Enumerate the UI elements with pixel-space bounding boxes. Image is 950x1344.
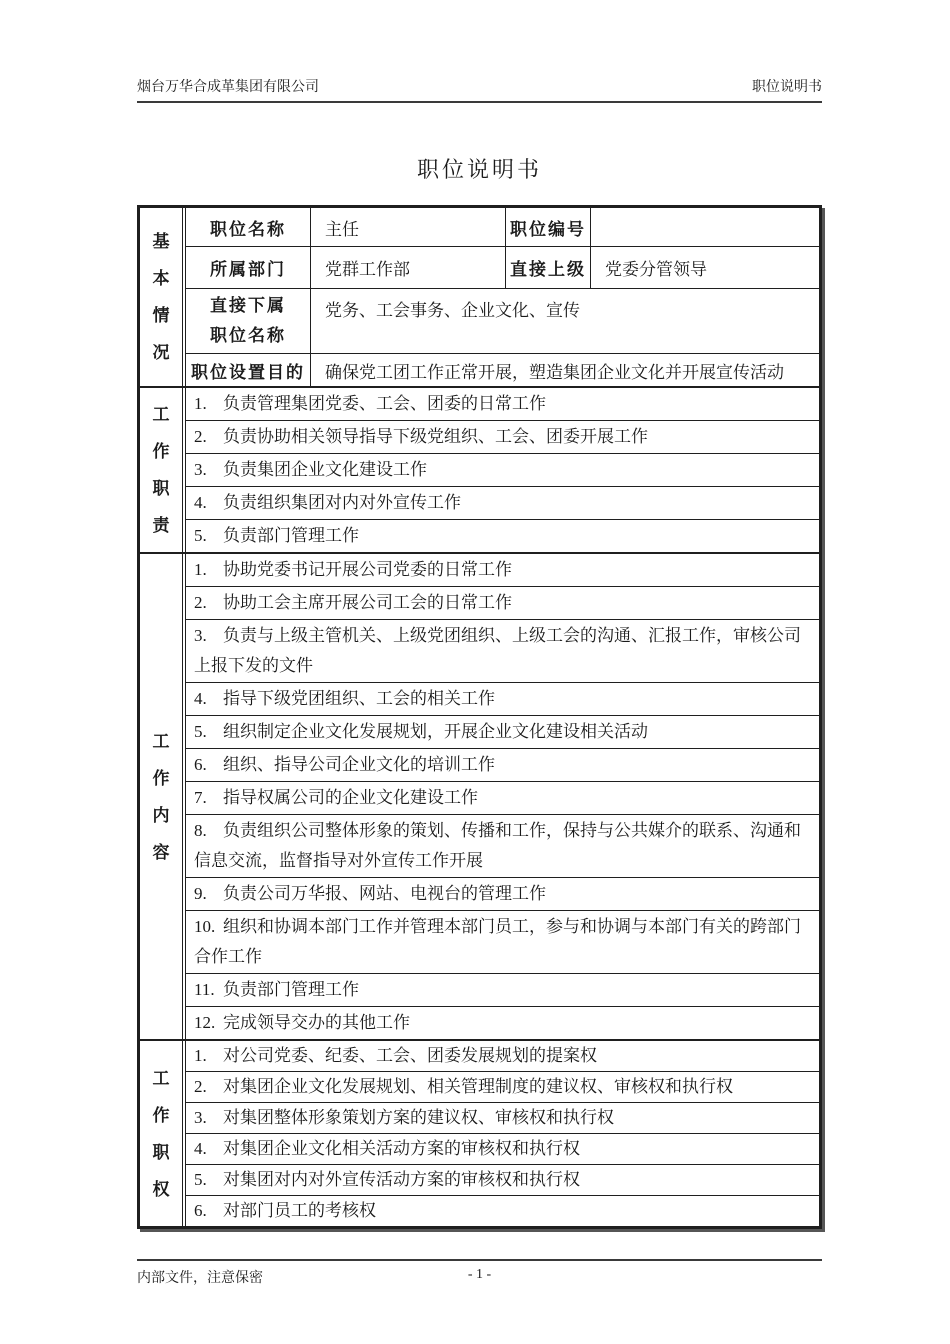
- item-number: 12.: [194, 1008, 223, 1038]
- field-label-department: 所属部门: [186, 247, 311, 288]
- section-label-char: 作: [153, 760, 170, 797]
- item-text: 对集团企业文化相关活动方案的审核权和执行权: [223, 1139, 580, 1158]
- field-value-position-name: 主任: [311, 208, 506, 246]
- field-label-direct-subordinates: 直接下属 职位名称: [186, 289, 311, 353]
- item-number: 2.: [194, 1073, 223, 1101]
- section-label-char: 内: [153, 797, 170, 834]
- section-body-authority: 1.对公司党委、纪委、工会、团委发展规划的提案权2.对集团企业文化发展规划、相关…: [185, 1041, 819, 1226]
- section-label-char: 责: [153, 507, 170, 544]
- section-label-char: 容: [153, 834, 170, 871]
- item-text: 组织、指导公司企业文化的培训工作: [223, 755, 495, 774]
- item-number: 7.: [194, 783, 223, 813]
- item-number: 4.: [194, 684, 223, 714]
- field-value-direct-superior: 党委分管领导: [591, 247, 819, 288]
- item-number: 1.: [194, 555, 223, 585]
- section-authority: 工作职权 1.对公司党委、纪委、工会、团委发展规划的提案权2.对集团企业文化发展…: [140, 1041, 819, 1226]
- section-label-authority: 工作职权: [140, 1041, 183, 1226]
- item-text: 负责协助相关领导指导下级党组织、工会、团委开展工作: [223, 427, 648, 446]
- section-body-basic-info: 职位名称 主任 职位编号 所属部门 党群工作部 直接上级 党委分管领导 直接下属…: [185, 208, 819, 386]
- field-value-direct-subordinates: 党务、工会事务、企业文化、宣传: [311, 289, 819, 353]
- field-label-position-name: 职位名称: [186, 208, 311, 246]
- section-label-char: 本: [153, 260, 170, 297]
- item-number: 5.: [194, 717, 223, 747]
- item-number: 1.: [194, 389, 223, 419]
- field-label-position-purpose: 职位设置目的: [186, 354, 311, 386]
- field-label-line1: 直接下属: [210, 291, 286, 321]
- item-text: 负责部门管理工作: [223, 526, 359, 545]
- table-row: 职位名称 主任 职位编号: [186, 208, 819, 247]
- list-item: 4.负责组织集团对内对外宣传工作: [186, 487, 819, 520]
- item-number: 11.: [194, 975, 223, 1005]
- list-item: 6.对部门员工的考核权: [186, 1196, 819, 1226]
- list-item: 3.负责与上级主管机关、上级党团组织、上级工会的沟通、汇报工作，审核公司上报下发…: [186, 620, 819, 683]
- field-value-position-purpose: 确保党工团工作正常开展，塑造集团企业文化并开展宣传活动: [311, 354, 819, 386]
- footer-page-number: - 1 -: [137, 1267, 822, 1283]
- list-item: 12.完成领导交办的其他工作: [186, 1007, 819, 1039]
- list-item: 7.指导权属公司的企业文化建设工作: [186, 782, 819, 815]
- section-label-char: 情: [153, 297, 170, 334]
- item-text: 负责组织集团对内对外宣传工作: [223, 493, 461, 512]
- item-text: 协助工会主席开展公司工会的日常工作: [223, 593, 512, 612]
- item-number: 3.: [194, 455, 223, 485]
- list-item: 11.负责部门管理工作: [186, 974, 819, 1007]
- section-label-char: 工: [153, 396, 170, 433]
- section-body-duties: 1.负责管理集团党委、工会、团委的日常工作2.负责协助相关领导指导下级党组织、工…: [185, 388, 819, 552]
- header-doc-type: 职位说明书: [752, 76, 822, 96]
- document-page: 烟台万华合成革集团有限公司 职位说明书 职位说明书 基本情况 职位名称 主任 职…: [0, 0, 950, 1344]
- field-value-department: 党群工作部: [311, 247, 506, 288]
- section-duties: 工作职责 1.负责管理集团党委、工会、团委的日常工作2.负责协助相关领导指导下级…: [140, 388, 819, 554]
- item-text: 负责集团企业文化建设工作: [223, 460, 427, 479]
- section-label-basic-info: 基本情况: [140, 208, 183, 386]
- item-number: 6.: [194, 750, 223, 780]
- item-text: 对集团企业文化发展规划、相关管理制度的建议权、审核权和执行权: [223, 1077, 733, 1096]
- job-description-table: 基本情况 职位名称 主任 职位编号 所属部门 党群工作部 直接上级 党委分管领导…: [137, 205, 822, 1229]
- list-item: 5.对集团对内对外宣传活动方案的审核权和执行权: [186, 1165, 819, 1196]
- list-item: 3.负责集团企业文化建设工作: [186, 454, 819, 487]
- item-number: 5.: [194, 521, 223, 551]
- item-text: 负责部门管理工作: [223, 980, 359, 999]
- item-number: 3.: [194, 621, 223, 651]
- list-item: 2.对集团企业文化发展规划、相关管理制度的建议权、审核权和执行权: [186, 1072, 819, 1103]
- item-number: 4.: [194, 1135, 223, 1163]
- item-text: 指导权属公司的企业文化建设工作: [223, 788, 478, 807]
- list-item: 8.负责组织公司整体形象的策划、传播和工作，保持与公共媒介的联系、沟通和信息交流…: [186, 815, 819, 878]
- section-label-char: 工: [153, 1060, 170, 1097]
- field-label-position-code: 职位编号: [506, 208, 591, 246]
- table-row: 直接下属 职位名称 党务、工会事务、企业文化、宣传: [186, 289, 819, 354]
- section-work-content: 工作内容 1.协助党委书记开展公司党委的日常工作2.协助工会主席开展公司工会的日…: [140, 554, 819, 1041]
- item-number: 5.: [194, 1166, 223, 1194]
- section-label-char: 工: [153, 723, 170, 760]
- running-header: 烟台万华合成革集团有限公司 职位说明书: [137, 76, 822, 103]
- field-label-direct-superior: 直接上级: [506, 247, 591, 288]
- list-item: 4.对集团企业文化相关活动方案的审核权和执行权: [186, 1134, 819, 1165]
- item-number: 4.: [194, 488, 223, 518]
- section-label-duties: 工作职责: [140, 388, 183, 552]
- list-item: 9.负责公司万华报、网站、电视台的管理工作: [186, 878, 819, 911]
- item-text: 完成领导交办的其他工作: [223, 1013, 410, 1032]
- item-number: 3.: [194, 1104, 223, 1132]
- section-label-char: 权: [153, 1171, 170, 1208]
- item-number: 1.: [194, 1042, 223, 1070]
- list-item: 5.负责部门管理工作: [186, 520, 819, 552]
- section-body-work-content: 1.协助党委书记开展公司党委的日常工作2.协助工会主席开展公司工会的日常工作3.…: [185, 554, 819, 1039]
- item-text: 负责组织公司整体形象的策划、传播和工作，保持与公共媒介的联系、沟通和信息交流，监…: [194, 821, 801, 870]
- list-item: 1.对公司党委、纪委、工会、团委发展规划的提案权: [186, 1041, 819, 1072]
- list-item: 4.指导下级党团组织、工会的相关工作: [186, 683, 819, 716]
- section-basic-info: 基本情况 职位名称 主任 职位编号 所属部门 党群工作部 直接上级 党委分管领导…: [140, 208, 819, 388]
- document-title: 职位说明书: [137, 153, 822, 184]
- section-label-char: 基: [153, 223, 170, 260]
- item-number: 8.: [194, 816, 223, 846]
- list-item: 5.组织制定企业文化发展规划，开展企业文化建设相关活动: [186, 716, 819, 749]
- item-number: 10.: [194, 912, 223, 942]
- list-item: 6.组织、指导公司企业文化的培训工作: [186, 749, 819, 782]
- list-item: 1.协助党委书记开展公司党委的日常工作: [186, 554, 819, 587]
- item-number: 9.: [194, 879, 223, 909]
- running-footer: 内部文件，注意保密 - 1 -: [137, 1259, 822, 1287]
- section-label-char: 职: [153, 1134, 170, 1171]
- section-label-char: 况: [153, 334, 170, 371]
- item-text: 对部门员工的考核权: [223, 1201, 376, 1220]
- item-text: 协助党委书记开展公司党委的日常工作: [223, 560, 512, 579]
- list-item: 10.组织和协调本部门工作并管理本部门员工，参与和协调与本部门有关的跨部门合作工…: [186, 911, 819, 974]
- item-text: 指导下级党团组织、工会的相关工作: [223, 689, 495, 708]
- item-number: 2.: [194, 588, 223, 618]
- list-item: 1.负责管理集团党委、工会、团委的日常工作: [186, 388, 819, 421]
- section-label-char: 作: [153, 1097, 170, 1134]
- item-text: 组织和协调本部门工作并管理本部门员工，参与和协调与本部门有关的跨部门合作工作: [194, 917, 801, 966]
- item-text: 负责与上级主管机关、上级党团组织、上级工会的沟通、汇报工作，审核公司上报下发的文…: [194, 626, 801, 675]
- item-text: 对公司党委、纪委、工会、团委发展规划的提案权: [223, 1046, 597, 1065]
- table-row: 所属部门 党群工作部 直接上级 党委分管领导: [186, 247, 819, 289]
- section-label-work-content: 工作内容: [140, 554, 183, 1039]
- item-number: 6.: [194, 1197, 223, 1225]
- item-text: 组织制定企业文化发展规划，开展企业文化建设相关活动: [223, 722, 648, 741]
- section-label-char: 作: [153, 433, 170, 470]
- item-text: 对集团整体形象策划方案的建议权、审核权和执行权: [223, 1108, 614, 1127]
- list-item: 3.对集团整体形象策划方案的建议权、审核权和执行权: [186, 1103, 819, 1134]
- field-value-position-code: [591, 208, 819, 246]
- list-item: 2.负责协助相关领导指导下级党组织、工会、团委开展工作: [186, 421, 819, 454]
- section-label-char: 职: [153, 470, 170, 507]
- item-text: 负责管理集团党委、工会、团委的日常工作: [223, 394, 546, 413]
- field-label-line2: 职位名称: [210, 321, 286, 351]
- list-item: 2.协助工会主席开展公司工会的日常工作: [186, 587, 819, 620]
- item-number: 2.: [194, 422, 223, 452]
- table-row: 职位设置目的 确保党工团工作正常开展，塑造集团企业文化并开展宣传活动: [186, 354, 819, 386]
- item-text: 对集团对内对外宣传活动方案的审核权和执行权: [223, 1170, 580, 1189]
- header-company-name: 烟台万华合成革集团有限公司: [137, 76, 319, 96]
- item-text: 负责公司万华报、网站、电视台的管理工作: [223, 884, 546, 903]
